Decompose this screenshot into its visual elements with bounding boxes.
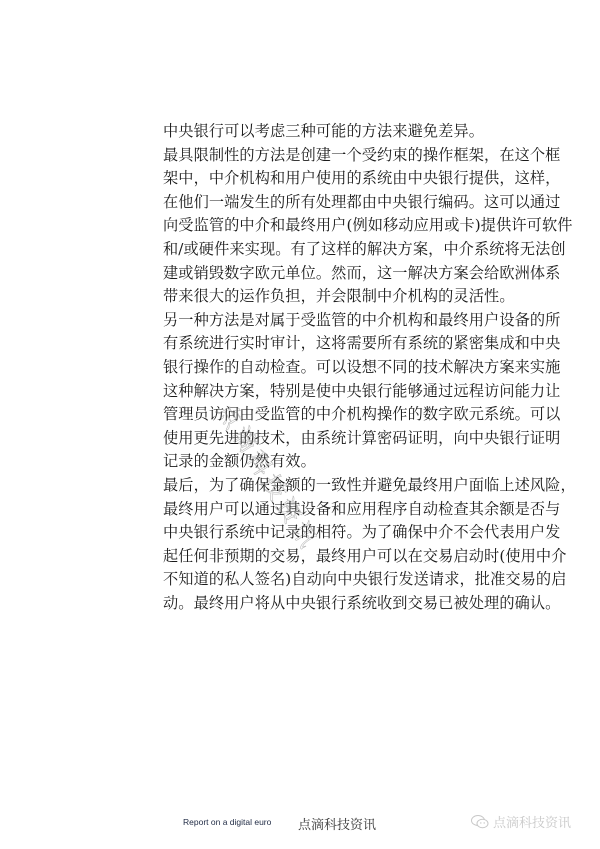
wechat-watermark: 点滴科技资讯 (470, 812, 571, 831)
wechat-account-name: 点滴科技资讯 (493, 812, 571, 831)
paragraph-line: 记录的金额仍然有效。 (163, 450, 463, 474)
paragraph-line: 这种解决方案，特别是使中央银行能够通过远程访问能力让 (163, 380, 463, 404)
paragraph-line: 带来很大的运作负担，并会限制中介机构的灵活性。 (163, 285, 463, 309)
paragraph-line: 架中，中介机构和用户使用的系统由中央银行提供，这样， (163, 167, 463, 191)
paragraph-line: 建或销毁数字欧元单位。然而，这一解决方案会给欧洲体系 (163, 262, 463, 286)
paragraph-line: 管理员访问由受监管的中介机构操作的数字欧元系统。可以 (163, 403, 463, 427)
wechat-icon (470, 814, 490, 830)
paragraph-line: 向受监管的中介和最终用户(例如移动应用或卡)提供许可软件 (163, 214, 463, 238)
footer-report-title: Report on a digital euro (183, 817, 271, 827)
footer-source-label: 点滴科技资讯 (298, 814, 376, 833)
paragraph-line: 银行操作的自动检查。可以设想不同的技术解决方案来实施 (163, 356, 463, 380)
paragraph-line: 起任何非预期的交易，最终用户可以在交易启动时(使用中介 (163, 545, 463, 569)
paragraph-line: 最后，为了确保金额的一致性并避免最终用户面临上述风险， (163, 474, 463, 498)
paragraph-line: 有系统进行实时审计，这将需要所有系统的紧密集成和中央 (163, 332, 463, 356)
paragraph-line: 另一种方法是对属于受监管的中介机构和最终用户设备的所 (163, 309, 463, 333)
paragraph-line: 中央银行可以考虑三种可能的方法来避免差异。 (163, 120, 463, 144)
paragraph-line: 在他们一端发生的所有处理都由中央银行编码。这可以通过 (163, 191, 463, 215)
paragraph-line: 使用更先进的技术，由系统计算密码证明，向中央银行证明 (163, 427, 463, 451)
paragraph-line: 和/或硬件来实现。有了这样的解决方案，中介系统将无法创 (163, 238, 463, 262)
paragraph-line: 最具限制性的方法是创建一个受约束的操作框架，在这个框 (163, 144, 463, 168)
paragraph-line: 动。最终用户将从中央银行系统收到交易已被处理的确认。 (163, 592, 463, 616)
paragraph-line: 不知道的私人签名)自动向中央银行发送请求，批准交易的启 (163, 568, 463, 592)
